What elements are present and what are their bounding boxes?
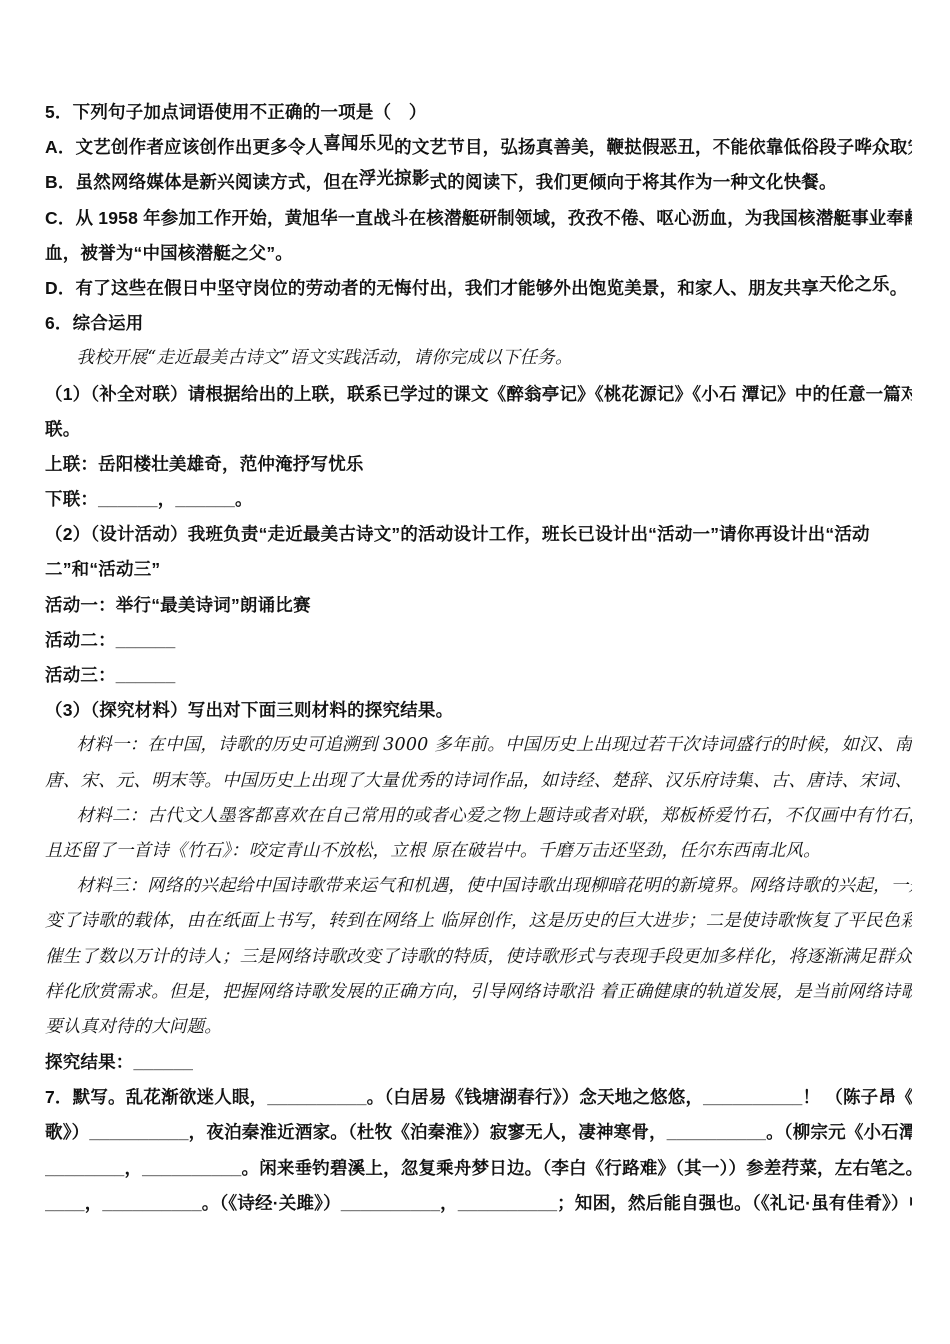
text-line: 6．综合运用 (45, 306, 912, 341)
text-line: 变了诗歌的载体，由在纸面上书写，转到在网络上 临屏创作，这是历史的巨大进步；二是… (45, 904, 912, 939)
text-line: 材料三：网络的兴起给中国诗歌带来运气和机遇，使中国诗歌出现柳暗花明的新境界。网络… (45, 869, 912, 904)
text-line: 我校开展“走近最美古诗文”语文实践活动，请你完成以下任务。 (45, 341, 912, 376)
text-run: 催生了数以万计的诗人；三是网络诗歌改变了诗歌的特质，使诗歌形式与表现手段更加多样… (45, 947, 912, 967)
text-run: 活动一：举行“最美诗词”朗诵比赛 (45, 595, 311, 615)
text-line: C．从 1958 年参加工作开始，黄旭华一直战斗在核潜艇研制领域，孜孜不倦、呕心… (45, 201, 912, 236)
text-line: 联。 (45, 412, 912, 447)
text-line: 样化欣赏需求。但是，把握网络诗歌发展的正确方向，引导网络诗歌沿 着正确健康的轨道… (45, 975, 912, 1010)
text-line: A．文艺创作者应该创作出更多令人喜闻乐见的文艺节目，弘扬真善美，鞭挞假恶丑，不能… (45, 130, 912, 165)
text-run: （1）（补全对联）请根据给出的上联，联系已学过的课文《醉翁亭记》《桃花源记》《小… (45, 384, 912, 404)
exam-page: 5．下列句子加点词语使用不正确的一项是（ ）A．文艺创作者应该创作出更多令人喜闻… (0, 0, 950, 1221)
text-run: 材料三：网络的兴起给中国诗歌带来运气和机遇，使中国诗歌出现柳暗花明的新境界。网络… (77, 876, 913, 896)
emphasized-word: 浮光掠影 (359, 168, 430, 188)
text-line: 唐、宋、元、明末等。中国历史上出现了大量优秀的诗词作品，如诗经、楚辞、汉乐府诗集… (45, 764, 912, 799)
emphasized-word: 天伦之乐 (819, 274, 890, 294)
text-run: 上联：岳阳楼壮美雄奇，范仲淹抒写忧乐 (45, 454, 364, 474)
text-run: 探究结果：______ (45, 1052, 193, 1072)
text-run: 联。 (45, 419, 80, 439)
text-run: 材料二：古代文人墨客都喜欢在自己常用的或者心爱之物上题诗或者对联，郑板桥爱竹石，… (77, 806, 913, 826)
text-line: 探究结果：______ (45, 1045, 912, 1080)
text-run: 二”和“活动三” (45, 559, 160, 579)
text-run: ____，__________。（《诗经·关雎》）__________，____… (45, 1193, 912, 1213)
text-line: ____，__________。（《诗经·关雎》）__________，____… (45, 1186, 912, 1221)
text-run: 5．下列句子加点词语使用不正确的一项是（ ） (45, 102, 427, 122)
text-run: 样化欣赏需求。但是，把握网络诗歌发展的正确方向，引导网络诗歌沿 着正确健康的轨道… (45, 982, 912, 1002)
text-line: 材料一：在中国，诗歌的历史可追溯到 3000 多年前。中国历史上出现过若干次诗词… (45, 728, 912, 763)
text-run: D．有了这些在假日中坚守岗位的劳动者的无悔付出，我们才能够外出饱览美景，和家人、… (45, 278, 819, 298)
text-line: （3）（探究材料）写出对下面三则材料的探究结果。 (45, 693, 912, 728)
text-line: ________，__________。闲来垂钓碧溪上，忽复乘舟梦日边。（李白《… (45, 1151, 912, 1186)
text-line: 活动三：______ (45, 658, 912, 693)
text-run: 我校开展“走近最美古诗文”语文实践活动，请你完成以下任务。 (77, 348, 573, 368)
text-run: 歌》）__________，夜泊秦淮近酒家。（杜牧《泊秦淮》）寂寥无人，凄神寒骨… (45, 1122, 912, 1142)
text-line: （1）（补全对联）请根据给出的上联，联系已学过的课文《醉翁亭记》《桃花源记》《小… (45, 377, 912, 412)
text-run: 血，被誉为“中国核潜艇之父”。 (45, 243, 293, 263)
text-run: 的文艺节目，弘扬真善美，鞭挞假恶丑，不能依靠低俗段子哗众取宠。 (394, 137, 912, 157)
text-run: C．从 1958 年参加工作开始，黄旭华一直战斗在核潜艇研制领域，孜孜不倦、呕心… (45, 208, 912, 228)
text-line: 5．下列句子加点词语使用不正确的一项是（ ） (45, 95, 912, 130)
text-line: 活动二：______ (45, 623, 912, 658)
text-run: 7．默写。乱花渐欲迷人眼，__________。（白居易《钱塘湖春行》）念天地之… (45, 1087, 912, 1107)
text-line: 7．默写。乱花渐欲迷人眼，__________。（白居易《钱塘湖春行》）念天地之… (45, 1080, 912, 1115)
text-run: ________，__________。闲来垂钓碧溪上，忽复乘舟梦日边。（李白《… (45, 1158, 912, 1178)
text-run: B．虽然网络媒体是新兴阅读方式，但在 (45, 172, 359, 192)
text-line: 上联：岳阳楼壮美雄奇，范仲淹抒写忧乐 (45, 447, 912, 482)
text-line: 血，被誉为“中国核潜艇之父”。 (45, 236, 912, 271)
text-run: 。 (890, 278, 908, 298)
text-line: 下联：______，______。 (45, 482, 912, 517)
emphasized-word: 喜闻乐见 (323, 133, 394, 153)
text-run: 材料一：在中国，诗歌的历史可追溯到 3000 多年前。中国历史上出现过若干次诗词… (77, 735, 913, 755)
text-run: A．文艺创作者应该创作出更多令人 (45, 137, 323, 157)
text-line: 且还留了一首诗《竹石》：咬定青山不放松，立根 原在破岩中。千磨万击还坚劲，任尔东… (45, 834, 912, 869)
text-run: 变了诗歌的载体，由在纸面上书写，转到在网络上 临屏创作，这是历史的巨大进步；二是… (45, 911, 912, 931)
text-run: （2）（设计活动）我班负责“走近最美古诗文”的活动设计工作，班长已设计出“活动一… (45, 524, 870, 544)
text-line: （2）（设计活动）我班负责“走近最美古诗文”的活动设计工作，班长已设计出“活动一… (45, 517, 912, 552)
text-run: 下联：______，______。 (45, 489, 253, 509)
text-run: 要认真对待的大问题。 (45, 1017, 222, 1037)
text-line: 活动一：举行“最美诗词”朗诵比赛 (45, 588, 912, 623)
text-line: B．虽然网络媒体是新兴阅读方式，但在浮光掠影式的阅读下，我们更倾向于将其作为一种… (45, 165, 912, 200)
text-line: 催生了数以万计的诗人；三是网络诗歌改变了诗歌的特质，使诗歌形式与表现手段更加多样… (45, 940, 912, 975)
text-line: D．有了这些在假日中坚守岗位的劳动者的无悔付出，我们才能够外出饱览美景，和家人、… (45, 271, 912, 306)
text-line: 材料二：古代文人墨客都喜欢在自己常用的或者心爱之物上题诗或者对联，郑板桥爱竹石，… (45, 799, 912, 834)
text-line: 二”和“活动三” (45, 552, 912, 587)
text-run: 活动二：______ (45, 630, 175, 650)
document-body: 5．下列句子加点词语使用不正确的一项是（ ）A．文艺创作者应该创作出更多令人喜闻… (45, 95, 912, 1221)
text-run: 活动三：______ (45, 665, 175, 685)
text-run: 式的阅读下，我们更倾向于将其作为一种文化快餐。 (430, 172, 837, 192)
text-line: 要认真对待的大问题。 (45, 1010, 912, 1045)
text-line: 歌》）__________，夜泊秦淮近酒家。（杜牧《泊秦淮》）寂寥无人，凄神寒骨… (45, 1115, 912, 1150)
text-run: 且还留了一首诗《竹石》：咬定青山不放松，立根 原在破岩中。千磨万击还坚劲，任尔东… (45, 841, 821, 861)
text-run: 唐、宋、元、明末等。中国历史上出现了大量优秀的诗词作品，如诗经、楚辞、汉乐府诗集… (45, 771, 912, 791)
text-run: （3）（探究材料）写出对下面三则材料的探究结果。 (45, 700, 453, 720)
text-run: 6．综合运用 (45, 313, 143, 333)
